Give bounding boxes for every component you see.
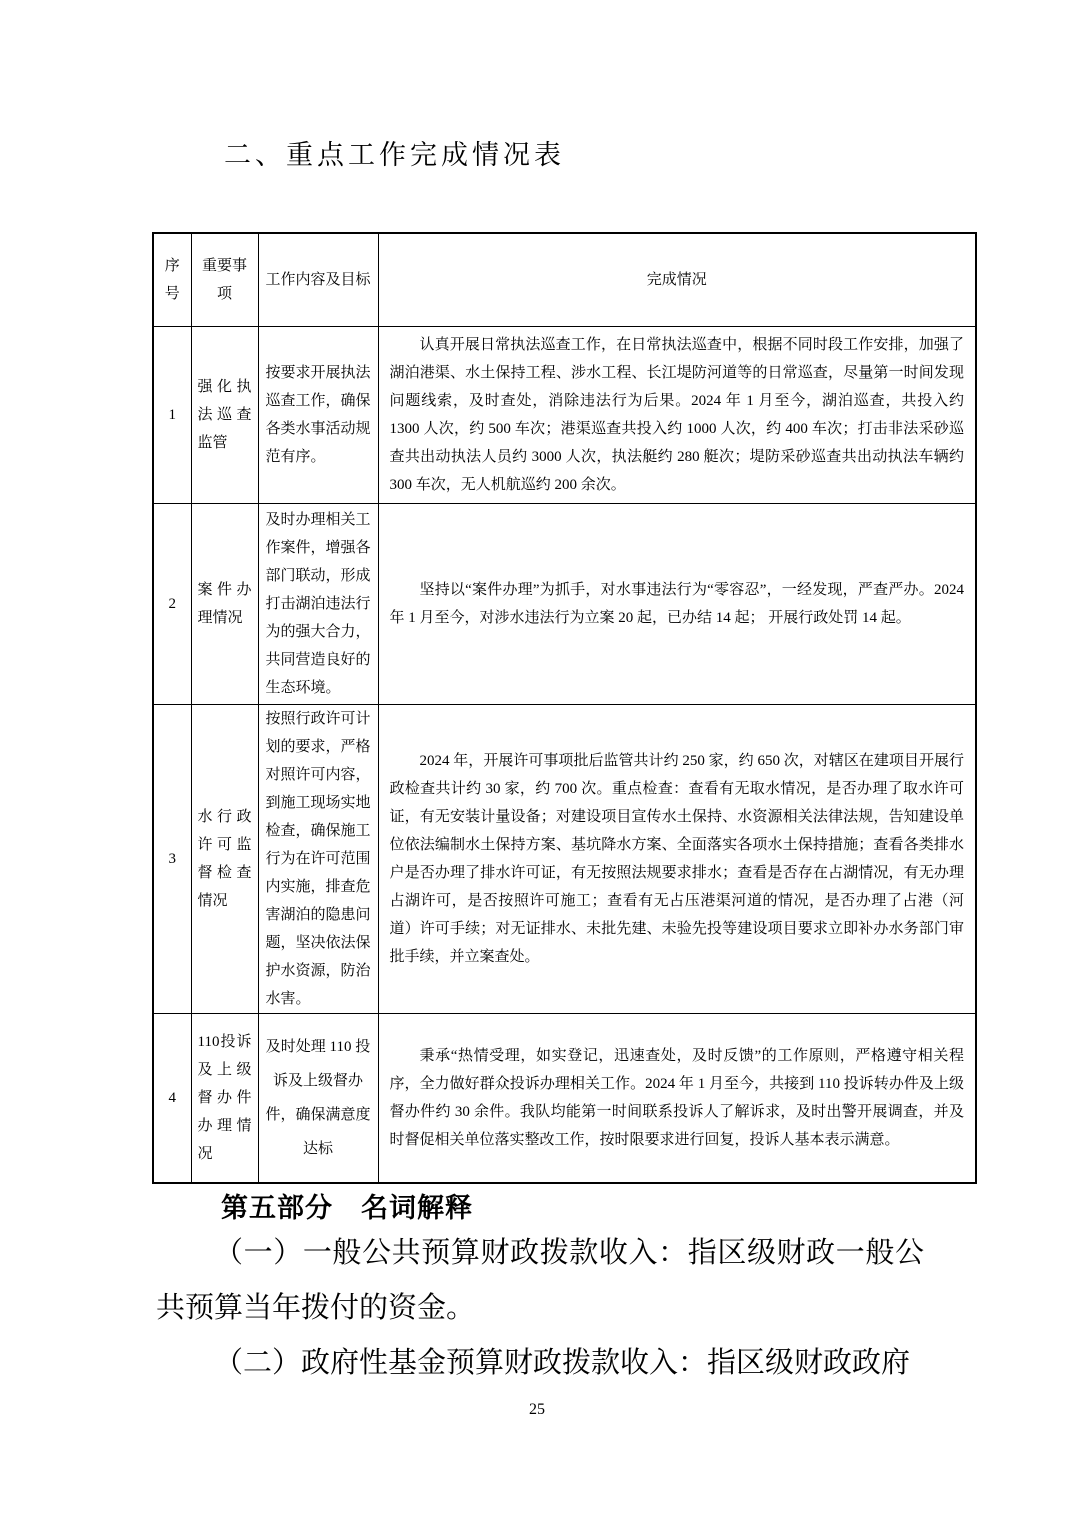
table-row: 4 110投诉及上级督办件办理情况 及时处理 110 投诉及上级督办件，确保满意… xyxy=(153,1013,976,1183)
col-header-item: 重要事项 xyxy=(191,233,258,326)
section-heading: 第五部分 名词解释 xyxy=(221,1192,473,1224)
page-number: 25 xyxy=(0,1401,1074,1419)
completion-cell: 认真开展日常执法巡查工作，在日常执法巡查中，根据不同时段工作安排，加强了湖泊港渠… xyxy=(378,326,976,503)
key-work-table: 序号 重要事项 工作内容及目标 完成情况 1 强化执法巡查监管 按要求开展执法巡… xyxy=(152,232,977,1184)
table-row: 2 案件办理情况 及时办理相关工作案件，增强各部门联动，形成打击湖泊违法行为的强… xyxy=(153,503,976,704)
row-number-cell: 1 xyxy=(153,326,191,503)
table-header-row: 序号 重要事项 工作内容及目标 完成情况 xyxy=(153,233,976,326)
completion-cell: 坚持以“案件办理”为抓手，对水事违法行为“零容忍”，一经发现，严查严办。2024… xyxy=(378,503,976,704)
terms-section: （一）一般公共预算财政拨款收入：指区级财政一般公共预算当年拨付的资金。 （二）政… xyxy=(156,1226,924,1391)
table-row: 1 强化执法巡查监管 按要求开展执法巡查工作，确保各类水事活动规范有序。 认真开… xyxy=(153,326,976,503)
col-header-no: 序号 xyxy=(153,233,191,326)
term-paragraph: （一）一般公共预算财政拨款收入：指区级财政一般公共预算当年拨付的资金。 xyxy=(156,1226,924,1336)
term-paragraph: （二）政府性基金预算财政拨款收入：指区级财政政府 xyxy=(156,1336,924,1391)
completion-text: 秉承“热情受理，如实登记，迅速查处，及时反馈”的工作原则，严格遵守相关程序，全力… xyxy=(390,1042,965,1154)
completion-text: 2024 年，开展许可事项批后监管共计约 250 家，约 650 次，对辖区在建… xyxy=(390,747,965,971)
goal-cell: 及时处理 110 投诉及上级督办件，确保满意度达标 xyxy=(258,1013,378,1183)
col-header-completion: 完成情况 xyxy=(378,233,976,326)
page-title: 二、重点工作完成情况表 xyxy=(224,138,565,172)
document-page: 二、重点工作完成情况表 序号 重要事项 工作内容及目标 完成情况 1 强化执法巡… xyxy=(0,0,1074,1520)
item-cell: 案件办理情况 xyxy=(191,503,258,704)
item-cell: 110投诉及上级督办件办理情况 xyxy=(191,1013,258,1183)
table-row: 3 水行政许可监督检查情况 按照行政许可计划的要求，严格对照许可内容，到施工现场… xyxy=(153,704,976,1013)
item-cell: 强化执法巡查监管 xyxy=(191,326,258,503)
item-cell: 水行政许可监督检查情况 xyxy=(191,704,258,1013)
row-number-cell: 2 xyxy=(153,503,191,704)
row-number-cell: 4 xyxy=(153,1013,191,1183)
completion-cell: 2024 年，开展许可事项批后监管共计约 250 家，约 650 次，对辖区在建… xyxy=(378,704,976,1013)
goal-cell: 及时办理相关工作案件，增强各部门联动，形成打击湖泊违法行为的强大合力，共同营造良… xyxy=(258,503,378,704)
goal-cell: 按照行政许可计划的要求，严格对照许可内容，到施工现场实地检查，确保施工行为在许可… xyxy=(258,704,378,1013)
goal-cell: 按要求开展执法巡查工作，确保各类水事活动规范有序。 xyxy=(258,326,378,503)
completion-text: 认真开展日常执法巡查工作，在日常执法巡查中，根据不同时段工作安排，加强了湖泊港渠… xyxy=(390,331,965,499)
completion-text: 坚持以“案件办理”为抓手，对水事违法行为“零容忍”，一经发现，严查严办。2024… xyxy=(390,576,965,632)
col-header-goal: 工作内容及目标 xyxy=(258,233,378,326)
completion-cell: 秉承“热情受理，如实登记，迅速查处，及时反馈”的工作原则，严格遵守相关程序，全力… xyxy=(378,1013,976,1183)
row-number-cell: 3 xyxy=(153,704,191,1013)
